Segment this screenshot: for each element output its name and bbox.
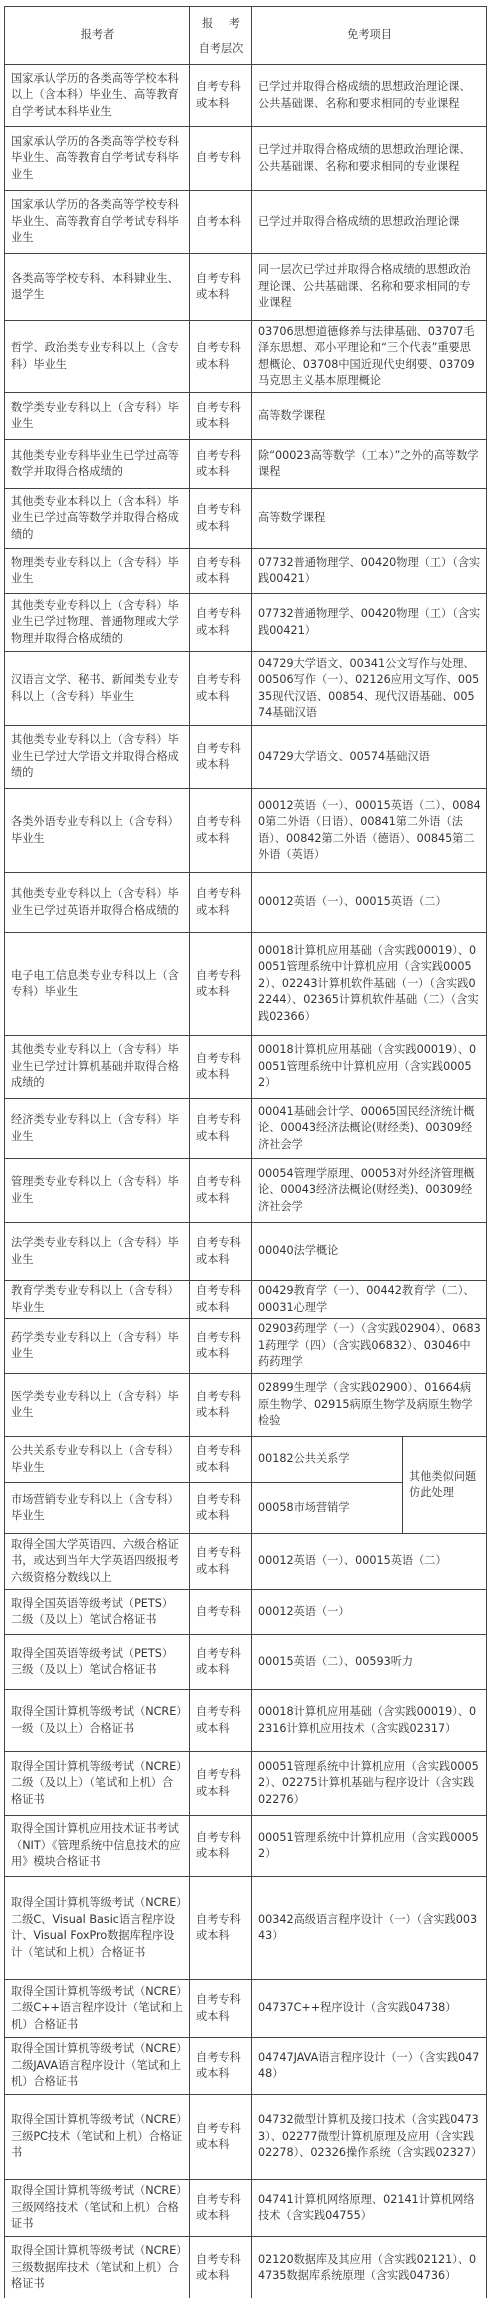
level-cell: 自考专科或本科 bbox=[190, 1752, 252, 1816]
exempt-items-cell: 00018计算机应用基础（含实践00019）、00051管理系统中计算机应用（含… bbox=[252, 933, 487, 1036]
document-page: 报考者 报考 自考层次 免考项目 国家承认学历的各类高等学校本科以上（含本科）毕… bbox=[0, 0, 490, 2298]
level-cell: 自考专科或本科 bbox=[190, 1099, 252, 1159]
table-row: 其他类专业专科以上（含专科）毕业生已学过物理、普通物理或大学物理并取得合格成绩的… bbox=[5, 594, 487, 652]
level-cell: 自考专科或本科 bbox=[190, 1980, 252, 2038]
exempt-items-cell: 02903药理学（一）（含实践02904）、06831药理学（四）（含实践068… bbox=[252, 1319, 487, 1374]
exempt-items-cell: 00012英语（一）、00015英语（二） bbox=[252, 1534, 487, 1590]
level-cell: 自考专科或本科 bbox=[190, 549, 252, 594]
table-row: 管理类专业专科以上（含专科）毕业生自考专科或本科00054管理学原理、00053… bbox=[5, 1159, 487, 1223]
header-candidate: 报考者 bbox=[5, 7, 190, 65]
candidate-cell: 各类高等学校专科、本科肄业生、退学生 bbox=[5, 254, 190, 321]
exempt-items-cell: 00058市场营销学 bbox=[252, 1483, 403, 1534]
table-row: 取得全国计算机等级考试（NCRE）三级网络技术（笔试和上机）合格证书自考专科或本… bbox=[5, 2180, 487, 2237]
candidate-cell: 医学类专业专科以上（含专科）毕业生 bbox=[5, 1374, 190, 1437]
candidate-cell: 教育学类专业专科以上（含专科）毕业生 bbox=[5, 1281, 190, 1319]
level-cell: 自考专科或本科 bbox=[190, 1319, 252, 1374]
level-cell: 自考专科或本科 bbox=[190, 321, 252, 393]
candidate-cell: 取得全国大学英语四、六级合格证书，或达到当年大学英语四级报考六级资格分数线以上 bbox=[5, 1534, 190, 1590]
level-cell: 自考专科 bbox=[190, 127, 252, 191]
table-row: 国家承认学历的各类高等学校本科以上（含本科）毕业生、高等教育自学考试本科毕业生自… bbox=[5, 65, 487, 127]
exempt-items-cell: 00182公共关系学 bbox=[252, 1437, 403, 1483]
candidate-cell: 药学类专业专科以上（含专科）毕业生 bbox=[5, 1319, 190, 1374]
header-level-line2: 自考层次 bbox=[196, 37, 246, 61]
table-row: 药学类专业专科以上（含专科）毕业生自考专科或本科02903药理学（一）（含实践0… bbox=[5, 1319, 487, 1374]
candidate-cell: 取得全国计算机等级考试（NCRE）三级网络技术（笔试和上机）合格证书 bbox=[5, 2180, 190, 2237]
table-row: 取得全国计算机等级考试（NCRE）二级C、Visual Basic语言程序设计、… bbox=[5, 1877, 487, 1980]
table-row: 取得全国计算机等级考试（NCRE）一级（及以上）合格证书自考专科或本科00018… bbox=[5, 1690, 487, 1752]
similar-cases-note: 其他类似问题仿此处理 bbox=[403, 1437, 487, 1534]
table-row: 法学类专业专科以上（含专科）毕业生自考专科或本科00040法学概论 bbox=[5, 1223, 487, 1281]
exempt-items-cell: 高等数学课程 bbox=[252, 489, 487, 549]
table-row: 电子电工信息类专业专科以上（含专科）毕业生自考专科或本科00018计算机应用基础… bbox=[5, 933, 487, 1036]
candidate-cell: 取得全国计算机等级考试（NCRE）二级（及以上）（笔试和上机）合格证书 bbox=[5, 1752, 190, 1816]
table-row: 其他类专业专科以上（含专科）毕业生已学过大学语文并取得合格成绩的自考专科或本科0… bbox=[5, 726, 487, 789]
candidate-cell: 取得全国计算机等级考试（NCRE）二级C++语言程序设计（笔试和上机）合格证书 bbox=[5, 1980, 190, 2038]
exemption-table: 报考者 报考 自考层次 免考项目 国家承认学历的各类高等学校本科以上（含本科）毕… bbox=[4, 6, 487, 2298]
level-cell: 自考专科或本科 bbox=[190, 1437, 252, 1483]
table-row: 各类外语专业专科以上（含专科）毕业生自考专科或本科00012英语（一）、0001… bbox=[5, 789, 487, 873]
candidate-cell: 市场营销专业专科以上（含专科）毕业生 bbox=[5, 1483, 190, 1534]
exempt-items-cell: 07732普通物理学、00420物理（工）（含实践00421） bbox=[252, 549, 487, 594]
level-cell: 自考专科或本科 bbox=[190, 1159, 252, 1223]
candidate-cell: 其他类专业专科以上（含专科）毕业生已学过物理、普通物理或大学物理并取得合格成绩的 bbox=[5, 594, 190, 652]
level-cell: 自考专科或本科 bbox=[190, 1374, 252, 1437]
exempt-items-cell: 00012英语（一）、00015英语（二）、00840第二外语（日语）、0084… bbox=[252, 789, 487, 873]
exempt-items-cell: 00429教育学（一）、00442教育学（二）、00031心理学 bbox=[252, 1281, 487, 1319]
level-cell: 自考专科或本科 bbox=[190, 1483, 252, 1534]
exempt-items-cell: 04729大学语文、00341公文写作与处理、00506写作（一）、02126应… bbox=[252, 652, 487, 726]
candidate-cell: 取得全国计算机应用技术证书考试（NIT）《管理系统中信息技术的应用》模块合格证书 bbox=[5, 1816, 190, 1877]
exempt-items-cell: 00040法学概论 bbox=[252, 1223, 487, 1281]
exempt-items-cell: 高等数学课程 bbox=[252, 393, 487, 440]
candidate-cell: 公共关系专业专科以上（含专科）毕业生 bbox=[5, 1437, 190, 1483]
table-body: 国家承认学历的各类高等学校本科以上（含本科）毕业生、高等教育自学考试本科毕业生自… bbox=[5, 65, 487, 2298]
candidate-cell: 物理类专业专科以上（含专科）毕业生 bbox=[5, 549, 190, 594]
table-row: 取得全国计算机等级考试（NCRE）三级PC技术（笔试和上机）合格证书自考专科或本… bbox=[5, 2095, 487, 2180]
exempt-items-cell: 03706思想道德修养与法律基础、03707毛泽东思想、邓小平理论和“三个代表”… bbox=[252, 321, 487, 393]
exempt-items-cell: 同一层次已学过并取得合格成绩的思想政治理论课、公共基础课、名称和要求相同的专业课… bbox=[252, 254, 487, 321]
exempt-items-cell: 04741计算机网络原理、02141计算机网络技术（含实践04755） bbox=[252, 2180, 487, 2237]
table-row: 国家承认学历的各类高等学校专科毕业生、高等教育自学考试专科毕业生自考专科已学过并… bbox=[5, 127, 487, 191]
candidate-cell: 其他类专业专科毕业生已学过高等数学并取得合格成绩的 bbox=[5, 440, 190, 489]
exempt-items-cell: 07732普通物理学、00420物理（工）（含实践00421） bbox=[252, 594, 487, 652]
level-cell: 自考专科或本科 bbox=[190, 1036, 252, 1099]
table-row: 教育学类专业专科以上（含专科）毕业生自考专科或本科00429教育学（一）、004… bbox=[5, 1281, 487, 1319]
table-row: 取得全国计算机应用技术证书考试（NIT）《管理系统中信息技术的应用》模块合格证书… bbox=[5, 1816, 487, 1877]
table-row: 各类高等学校专科、本科肄业生、退学生自考专科或本科同一层次已学过并取得合格成绩的… bbox=[5, 254, 487, 321]
level-cell: 自考专科或本科 bbox=[190, 933, 252, 1036]
candidate-cell: 其他类专业专科以上（含专科）毕业生已学过大学语文并取得合格成绩的 bbox=[5, 726, 190, 789]
level-cell: 自考专科或本科 bbox=[190, 2237, 252, 2298]
candidate-cell: 国家承认学历的各类高等学校专科毕业生、高等教育自学考试专科毕业生 bbox=[5, 191, 190, 254]
table-row: 数学类专业专科以上（含专科）毕业生自考专科或本科高等数学课程 bbox=[5, 393, 487, 440]
candidate-cell: 取得全国英语等级考试（PETS）三级（及以上）笔试合格证书 bbox=[5, 1635, 190, 1690]
candidate-cell: 取得全国计算机等级考试（NCRE）二级JAVA语言程序设计（笔试和上机）合格证书 bbox=[5, 2038, 190, 2095]
exempt-items-cell: 00051管理系统中计算机应用（含实践00052） bbox=[252, 1816, 487, 1877]
table-row: 经济类专业专科以上（含专科）毕业生自考专科或本科00041基础会计学、00065… bbox=[5, 1099, 487, 1159]
level-cell: 自考专科或本科 bbox=[190, 2038, 252, 2095]
exempt-items-cell: 02899生理学（含实践02900）、01664病原生物学、02915病原生物学… bbox=[252, 1374, 487, 1437]
level-cell: 自考专科或本科 bbox=[190, 873, 252, 933]
table-row: 取得全国计算机等级考试（NCRE）三级数据库技术（笔试和上机）合格证书自考专科或… bbox=[5, 2237, 487, 2298]
level-cell: 自考本科 bbox=[190, 191, 252, 254]
table-row: 其他类专业专科以上（含专科）毕业生已学过计算机基础并取得合格成绩的自考专科或本科… bbox=[5, 1036, 487, 1099]
exempt-items-cell: 00342高级语言程序设计（一）（含实践00343） bbox=[252, 1877, 487, 1980]
exempt-items-cell: 04747JAVA语言程序设计（一）（含实践04748） bbox=[252, 2038, 487, 2095]
candidate-cell: 其他类专业专科以上（含专科）毕业生已学过计算机基础并取得合格成绩的 bbox=[5, 1036, 190, 1099]
exempt-items-cell: 00018计算机应用基础（含实践00019）、00051管理系统中计算机应用（含… bbox=[252, 1036, 487, 1099]
table-row: 医学类专业专科以上（含专科）毕业生自考专科或本科02899生理学（含实践0290… bbox=[5, 1374, 487, 1437]
level-cell: 自考专科或本科 bbox=[190, 2180, 252, 2237]
candidate-cell: 管理类专业专科以上（含专科）毕业生 bbox=[5, 1159, 190, 1223]
exempt-items-cell: 00018计算机应用基础（含实践00019）、02316计算机应用技术（含实践0… bbox=[252, 1690, 487, 1752]
table-row: 国家承认学历的各类高等学校专科毕业生、高等教育自学考试专科毕业生自考本科已学过并… bbox=[5, 191, 487, 254]
exempt-items-cell: 04732微型计算机及接口技术（含实践04733）、02277微型计算机原理及应… bbox=[252, 2095, 487, 2180]
table-row: 哲学、政治类专业专科以上（含专科）毕业生自考专科或本科03706思想道德修养与法… bbox=[5, 321, 487, 393]
exempt-items-cell: 已学过并取得合格成绩的思想政治理论课 bbox=[252, 191, 487, 254]
level-cell: 自考专科或本科 bbox=[190, 594, 252, 652]
level-cell: 自考专科或本科 bbox=[190, 652, 252, 726]
exempt-items-cell: 04729大学语文、00574基础汉语 bbox=[252, 726, 487, 789]
level-cell: 自考专科或本科 bbox=[190, 254, 252, 321]
candidate-cell: 取得全国计算机等级考试（NCRE）三级数据库技术（笔试和上机）合格证书 bbox=[5, 2237, 190, 2298]
candidate-cell: 法学类专业专科以上（含专科）毕业生 bbox=[5, 1223, 190, 1281]
candidate-cell: 取得全国英语等级考试（PETS）二级（及以上）笔试合格证书 bbox=[5, 1590, 190, 1635]
candidate-cell: 哲学、政治类专业专科以上（含专科）毕业生 bbox=[5, 321, 190, 393]
table-row: 取得全国计算机等级考试（NCRE）二级（及以上）（笔试和上机）合格证书自考专科或… bbox=[5, 1752, 487, 1816]
table-row: 物理类专业专科以上（含专科）毕业生自考专科或本科07732普通物理学、00420… bbox=[5, 549, 487, 594]
table-row: 取得全国计算机等级考试（NCRE）二级C++语言程序设计（笔试和上机）合格证书自… bbox=[5, 1980, 487, 2038]
exempt-items-cell: 00015英语（二）、00593听力 bbox=[252, 1635, 487, 1690]
level-cell: 自考专科或本科 bbox=[190, 1816, 252, 1877]
table-header-row: 报考者 报考 自考层次 免考项目 bbox=[5, 7, 487, 65]
level-cell: 自考专科 bbox=[190, 1590, 252, 1635]
table-row: 其他类专业专科毕业生已学过高等数学并取得合格成绩的自考专科或本科除“00023高… bbox=[5, 440, 487, 489]
level-cell: 自考专科或本科 bbox=[190, 789, 252, 873]
level-cell: 自考专科或本科 bbox=[190, 1534, 252, 1590]
header-level-part-a: 报 bbox=[202, 11, 213, 37]
candidate-cell: 取得全国计算机等级考试（NCRE）三级PC技术（笔试和上机）合格证书 bbox=[5, 2095, 190, 2180]
table-row: 公共关系专业专科以上（含专科）毕业生自考专科或本科00182公共关系学其他类似问… bbox=[5, 1437, 487, 1483]
table-row: 其他类专业专科以上（含专科）毕业生已学过英语并取得合格成绩的自考专科或本科000… bbox=[5, 873, 487, 933]
level-cell: 自考专科或本科 bbox=[190, 440, 252, 489]
table-row: 其他类专业本科以上（含本科）毕业生已学过高等数学并取得合格成绩的自考专科或本科高… bbox=[5, 489, 487, 549]
table-row: 汉语言文学、秘书、新闻类专业专科以上（含专科）毕业生自考专科或本科04729大学… bbox=[5, 652, 487, 726]
table-row: 取得全国计算机等级考试（NCRE）二级JAVA语言程序设计（笔试和上机）合格证书… bbox=[5, 2038, 487, 2095]
exempt-items-cell: 00012英语（一）、00015英语（二） bbox=[252, 873, 487, 933]
exempt-items-cell: 已学过并取得合格成绩的思想政治理论课、公共基础课、名称和要求相同的专业课程 bbox=[252, 127, 487, 191]
header-level-part-b: 考 bbox=[229, 11, 240, 37]
level-cell: 自考专科或本科 bbox=[190, 726, 252, 789]
exempt-items-cell: 00041基础会计学、00065国民经济统计概论、00043经济法概论(财经类)… bbox=[252, 1099, 487, 1159]
level-cell: 自考专科或本科 bbox=[190, 1690, 252, 1752]
candidate-cell: 国家承认学历的各类高等学校本科以上（含本科）毕业生、高等教育自学考试本科毕业生 bbox=[5, 65, 190, 127]
candidate-cell: 数学类专业专科以上（含专科）毕业生 bbox=[5, 393, 190, 440]
table-row: 取得全国英语等级考试（PETS）三级（及以上）笔试合格证书自考专科或本科0001… bbox=[5, 1635, 487, 1690]
candidate-cell: 取得全国计算机等级考试（NCRE）一级（及以上）合格证书 bbox=[5, 1690, 190, 1752]
candidate-cell: 其他类专业本科以上（含本科）毕业生已学过高等数学并取得合格成绩的 bbox=[5, 489, 190, 549]
candidate-cell: 其他类专业专科以上（含专科）毕业生已学过英语并取得合格成绩的 bbox=[5, 873, 190, 933]
exempt-items-cell: 04737C++程序设计（含实践04738） bbox=[252, 1980, 487, 2038]
level-cell: 自考专科或本科 bbox=[190, 393, 252, 440]
exempt-items-cell: 00054管理学原理、00053对外经济管理概论、00043经济法概论(财经类)… bbox=[252, 1159, 487, 1223]
candidate-cell: 国家承认学历的各类高等学校专科毕业生、高等教育自学考试专科毕业生 bbox=[5, 127, 190, 191]
table-row: 取得全国英语等级考试（PETS）二级（及以上）笔试合格证书自考专科00012英语… bbox=[5, 1590, 487, 1635]
exempt-items-cell: 除“00023高等数学（工本）”之外的高等数学课程 bbox=[252, 440, 487, 489]
header-level: 报考 自考层次 bbox=[190, 7, 252, 65]
level-cell: 自考专科或本科 bbox=[190, 2095, 252, 2180]
table-row: 取得全国大学英语四、六级合格证书，或达到当年大学英语四级报考六级资格分数线以上自… bbox=[5, 1534, 487, 1590]
level-cell: 自考专科或本科 bbox=[190, 1223, 252, 1281]
level-cell: 自考专科或本科 bbox=[190, 1635, 252, 1690]
level-cell: 自考专科或本科 bbox=[190, 65, 252, 127]
exempt-items-cell: 00012英语（一） bbox=[252, 1590, 487, 1635]
candidate-cell: 汉语言文学、秘书、新闻类专业专科以上（含专科）毕业生 bbox=[5, 652, 190, 726]
candidate-cell: 电子电工信息类专业专科以上（含专科）毕业生 bbox=[5, 933, 190, 1036]
level-cell: 自考专科或本科 bbox=[190, 489, 252, 549]
level-cell: 自考专科或本科 bbox=[190, 1877, 252, 1980]
exempt-items-cell: 已学过并取得合格成绩的思想政治理论课、公共基础课、名称和要求相同的专业课程 bbox=[252, 65, 487, 127]
candidate-cell: 经济类专业专科以上（含专科）毕业生 bbox=[5, 1099, 190, 1159]
exempt-items-cell: 00051管理系统中计算机应用（含实践00052）、02275计算机基础与程序设… bbox=[252, 1752, 487, 1816]
candidate-cell: 各类外语专业专科以上（含专科）毕业生 bbox=[5, 789, 190, 873]
candidate-cell: 取得全国计算机等级考试（NCRE）二级C、Visual Basic语言程序设计、… bbox=[5, 1877, 190, 1980]
level-cell: 自考专科或本科 bbox=[190, 1281, 252, 1319]
header-items: 免考项目 bbox=[252, 7, 487, 65]
exempt-items-cell: 02120数据库及其应用（含实践02121）、04735数据库系统原理（含实践0… bbox=[252, 2237, 487, 2298]
